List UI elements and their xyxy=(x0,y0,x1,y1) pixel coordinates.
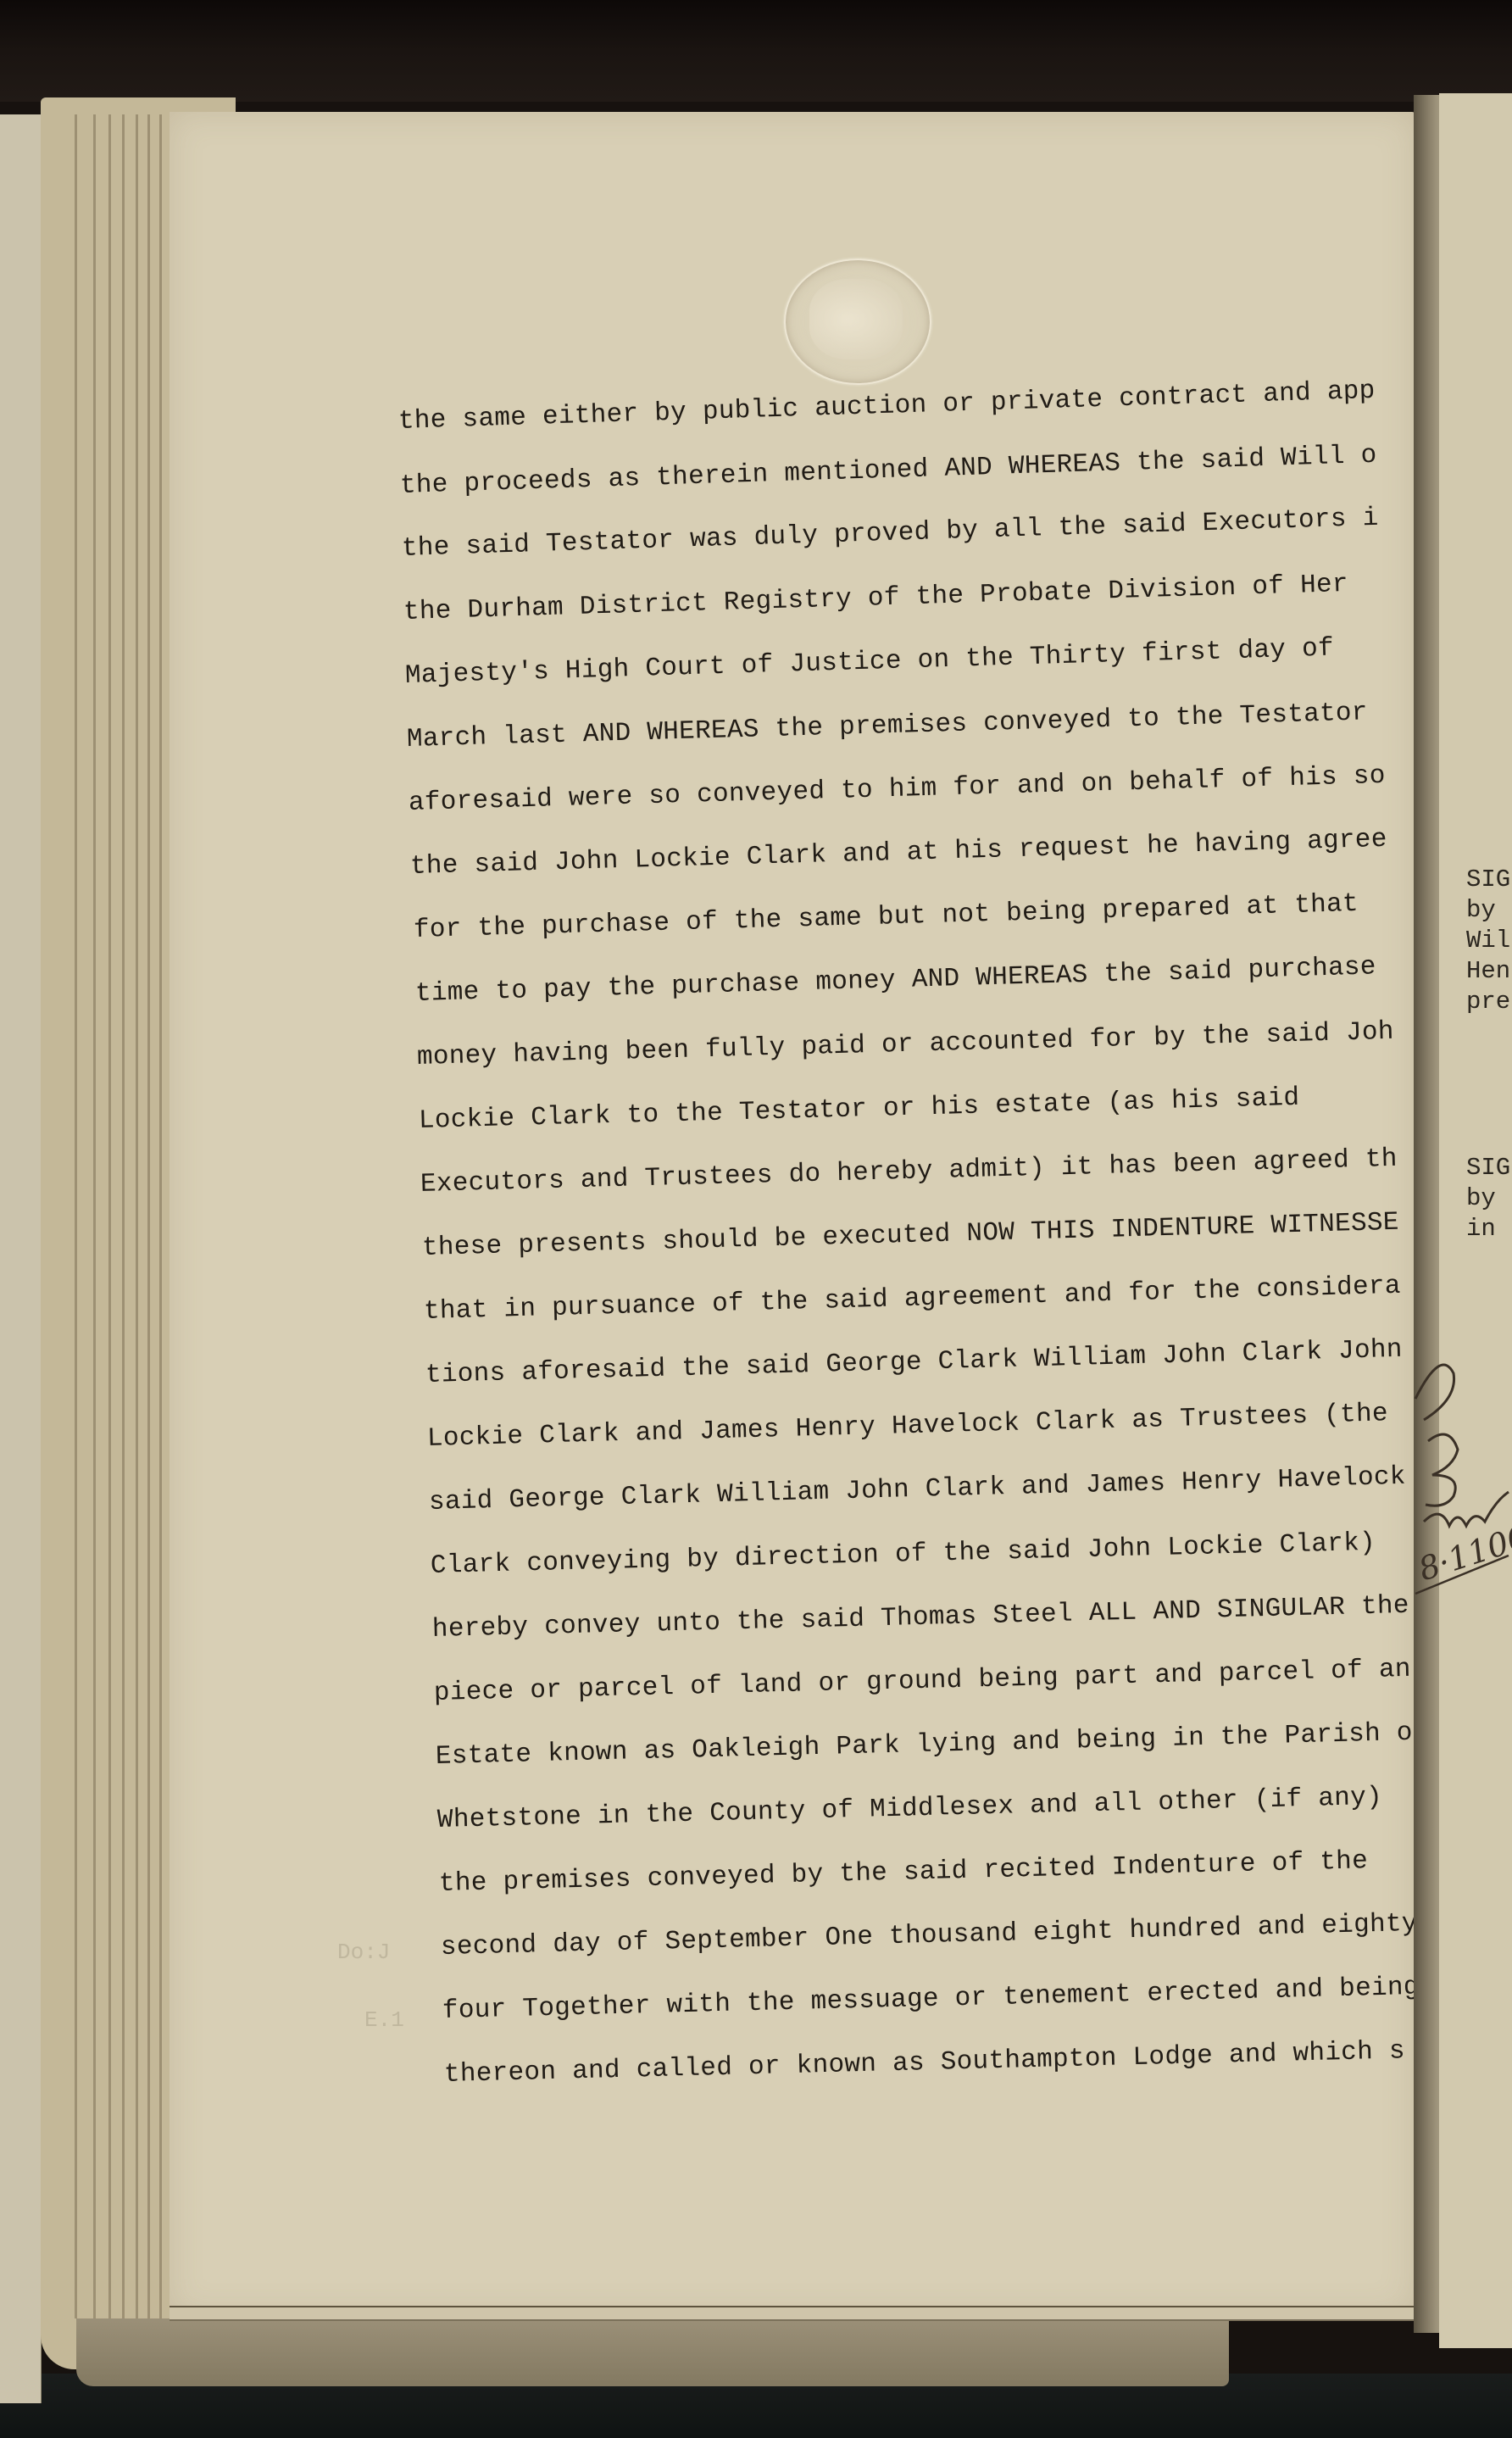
page-edge-line xyxy=(147,114,150,2318)
sig-line: SIG xyxy=(1466,1154,1510,1182)
show-through-mark: E.1 xyxy=(364,2007,404,2033)
sig-line: Hen xyxy=(1466,957,1510,985)
sig-line: in xyxy=(1466,1215,1496,1243)
sig-line: by xyxy=(1466,896,1496,924)
seal-crest xyxy=(809,279,903,359)
page-edge-line xyxy=(108,114,111,2318)
page-edge-line xyxy=(159,114,162,2318)
sig-line: Wil xyxy=(1466,927,1510,955)
sig-line: pre xyxy=(1466,988,1510,1016)
previous-page-edge xyxy=(0,114,42,2403)
book-gutter xyxy=(1414,95,1439,2333)
show-through-mark: Do:J xyxy=(337,1940,390,1965)
background-cloth-top xyxy=(0,0,1512,102)
signature-block-2: SIG by in xyxy=(1466,1153,1510,1244)
signature-block-1: SIG by Wil Hen pre xyxy=(1466,865,1510,1017)
page-stack-bottom xyxy=(76,2318,1229,2386)
sig-line: by xyxy=(1466,1184,1496,1212)
page-edge-line xyxy=(136,114,138,2318)
embossed-seal-icon xyxy=(784,259,931,385)
next-page: SIG by Wil Hen pre SIG by in xyxy=(1439,93,1512,2348)
sig-line: SIG xyxy=(1466,866,1510,893)
page-edge-line xyxy=(93,114,96,2318)
page-edge-line xyxy=(122,114,125,2318)
page-bottom-edge xyxy=(170,2306,1415,2321)
page-edge-line xyxy=(75,114,77,2318)
